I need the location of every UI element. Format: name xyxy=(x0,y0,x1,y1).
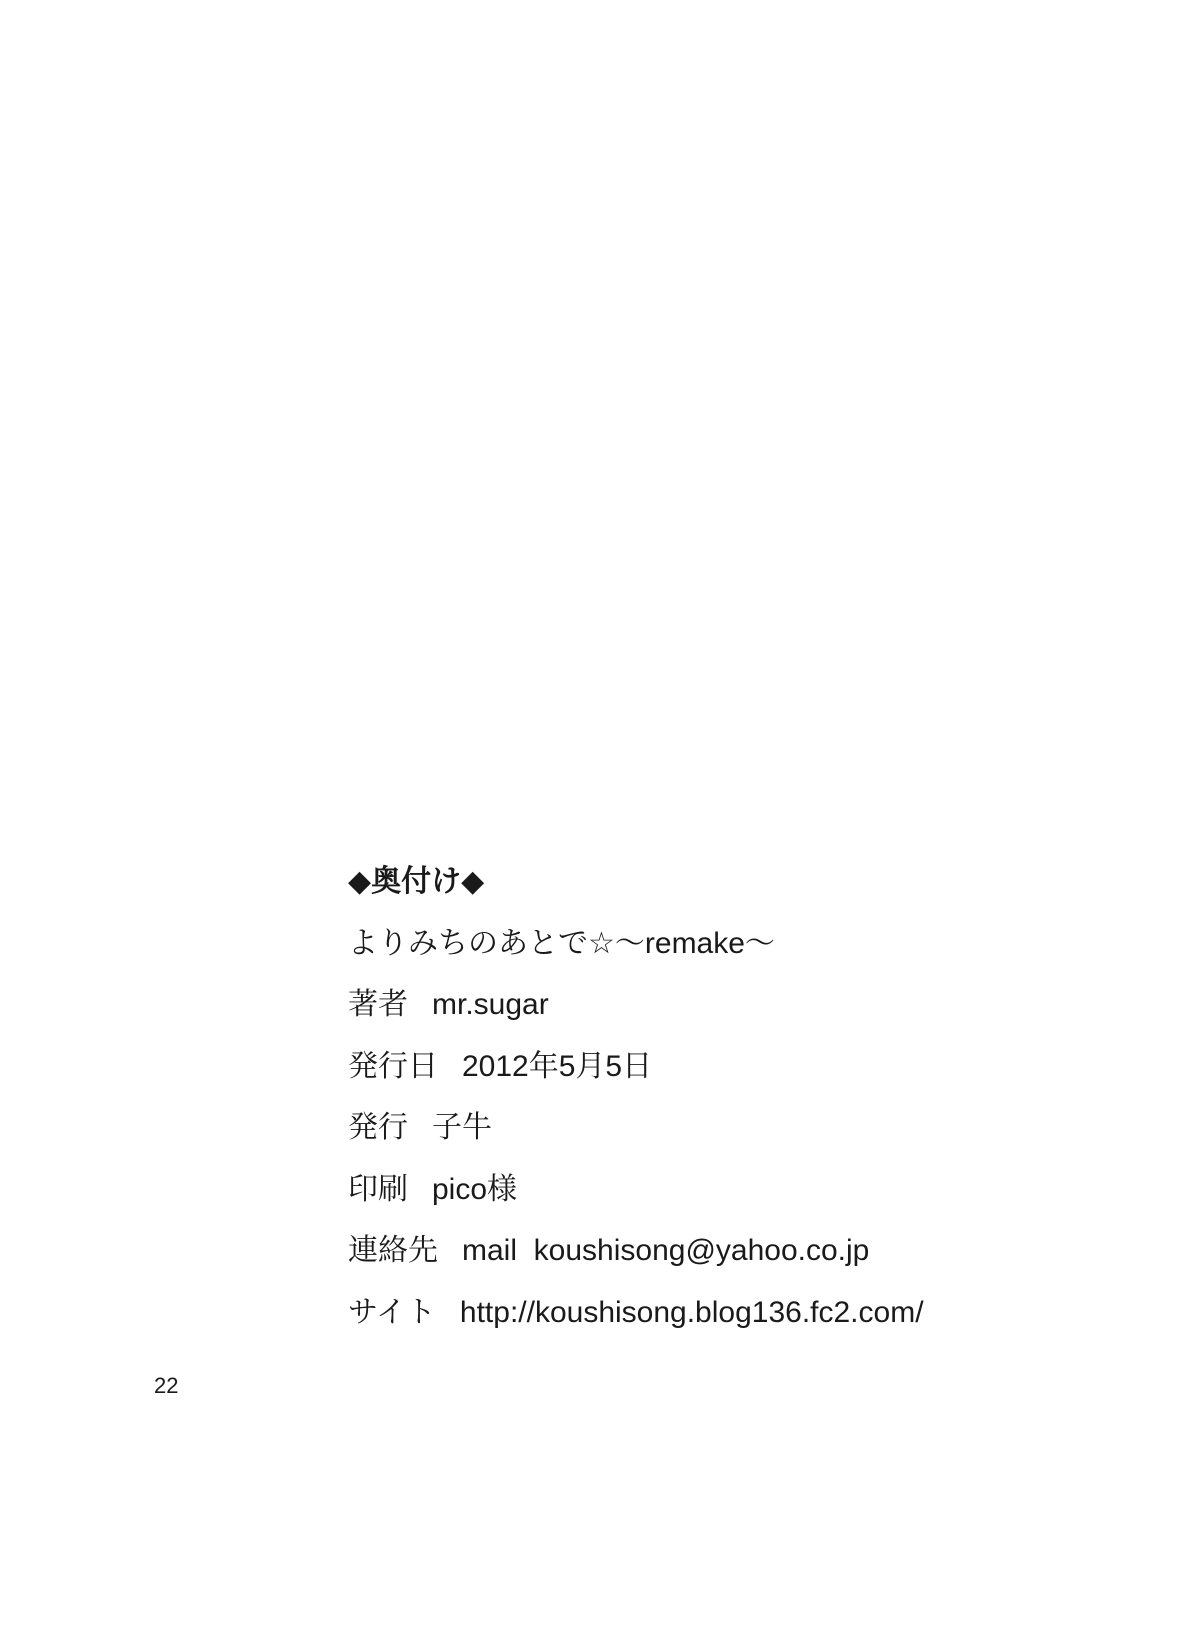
site-url: http://koushisong.blog136.fc2.com/ xyxy=(460,1282,924,1344)
colophon-block: ◆奥付け◆ よりみちのあとで☆～remake～ 著者 mr.sugar 発行日 … xyxy=(348,851,924,1343)
contact-email: mail koushisong@yahoo.co.jp xyxy=(462,1220,869,1282)
author-value: mr.sugar xyxy=(432,974,549,1036)
colophon-row-contact: 連絡先 mail koushisong@yahoo.co.jp xyxy=(348,1220,924,1282)
publisher-value: 子牛 xyxy=(432,1097,492,1159)
publisher-label: 発行 xyxy=(348,1097,408,1159)
publish-date-value: 2012年5月5日 xyxy=(462,1036,652,1098)
colophon-row-site: サイト http://koushisong.blog136.fc2.com/ xyxy=(348,1282,924,1344)
publish-date-label: 発行日 xyxy=(348,1036,438,1098)
colophon-heading: ◆奥付け◆ xyxy=(348,851,924,913)
colophon-row-publish-date: 発行日 2012年5月5日 xyxy=(348,1036,924,1098)
colophon-row-author: 著者 mr.sugar xyxy=(348,974,924,1036)
colophon-row-printer: 印刷 pico様 xyxy=(348,1159,924,1221)
author-label: 著者 xyxy=(348,974,408,1036)
page-number: 22 xyxy=(154,1372,178,1400)
colophon-row-publisher: 発行 子牛 xyxy=(348,1097,924,1159)
contact-label: 連絡先 xyxy=(348,1220,438,1282)
printer-value: pico様 xyxy=(432,1159,517,1221)
site-label: サイト xyxy=(348,1282,436,1344)
colophon-page: ◆奥付け◆ よりみちのあとで☆～remake～ 著者 mr.sugar 発行日 … xyxy=(0,0,1200,1643)
printer-label: 印刷 xyxy=(348,1159,408,1221)
doujin-title: よりみちのあとで☆～remake～ xyxy=(348,913,924,975)
